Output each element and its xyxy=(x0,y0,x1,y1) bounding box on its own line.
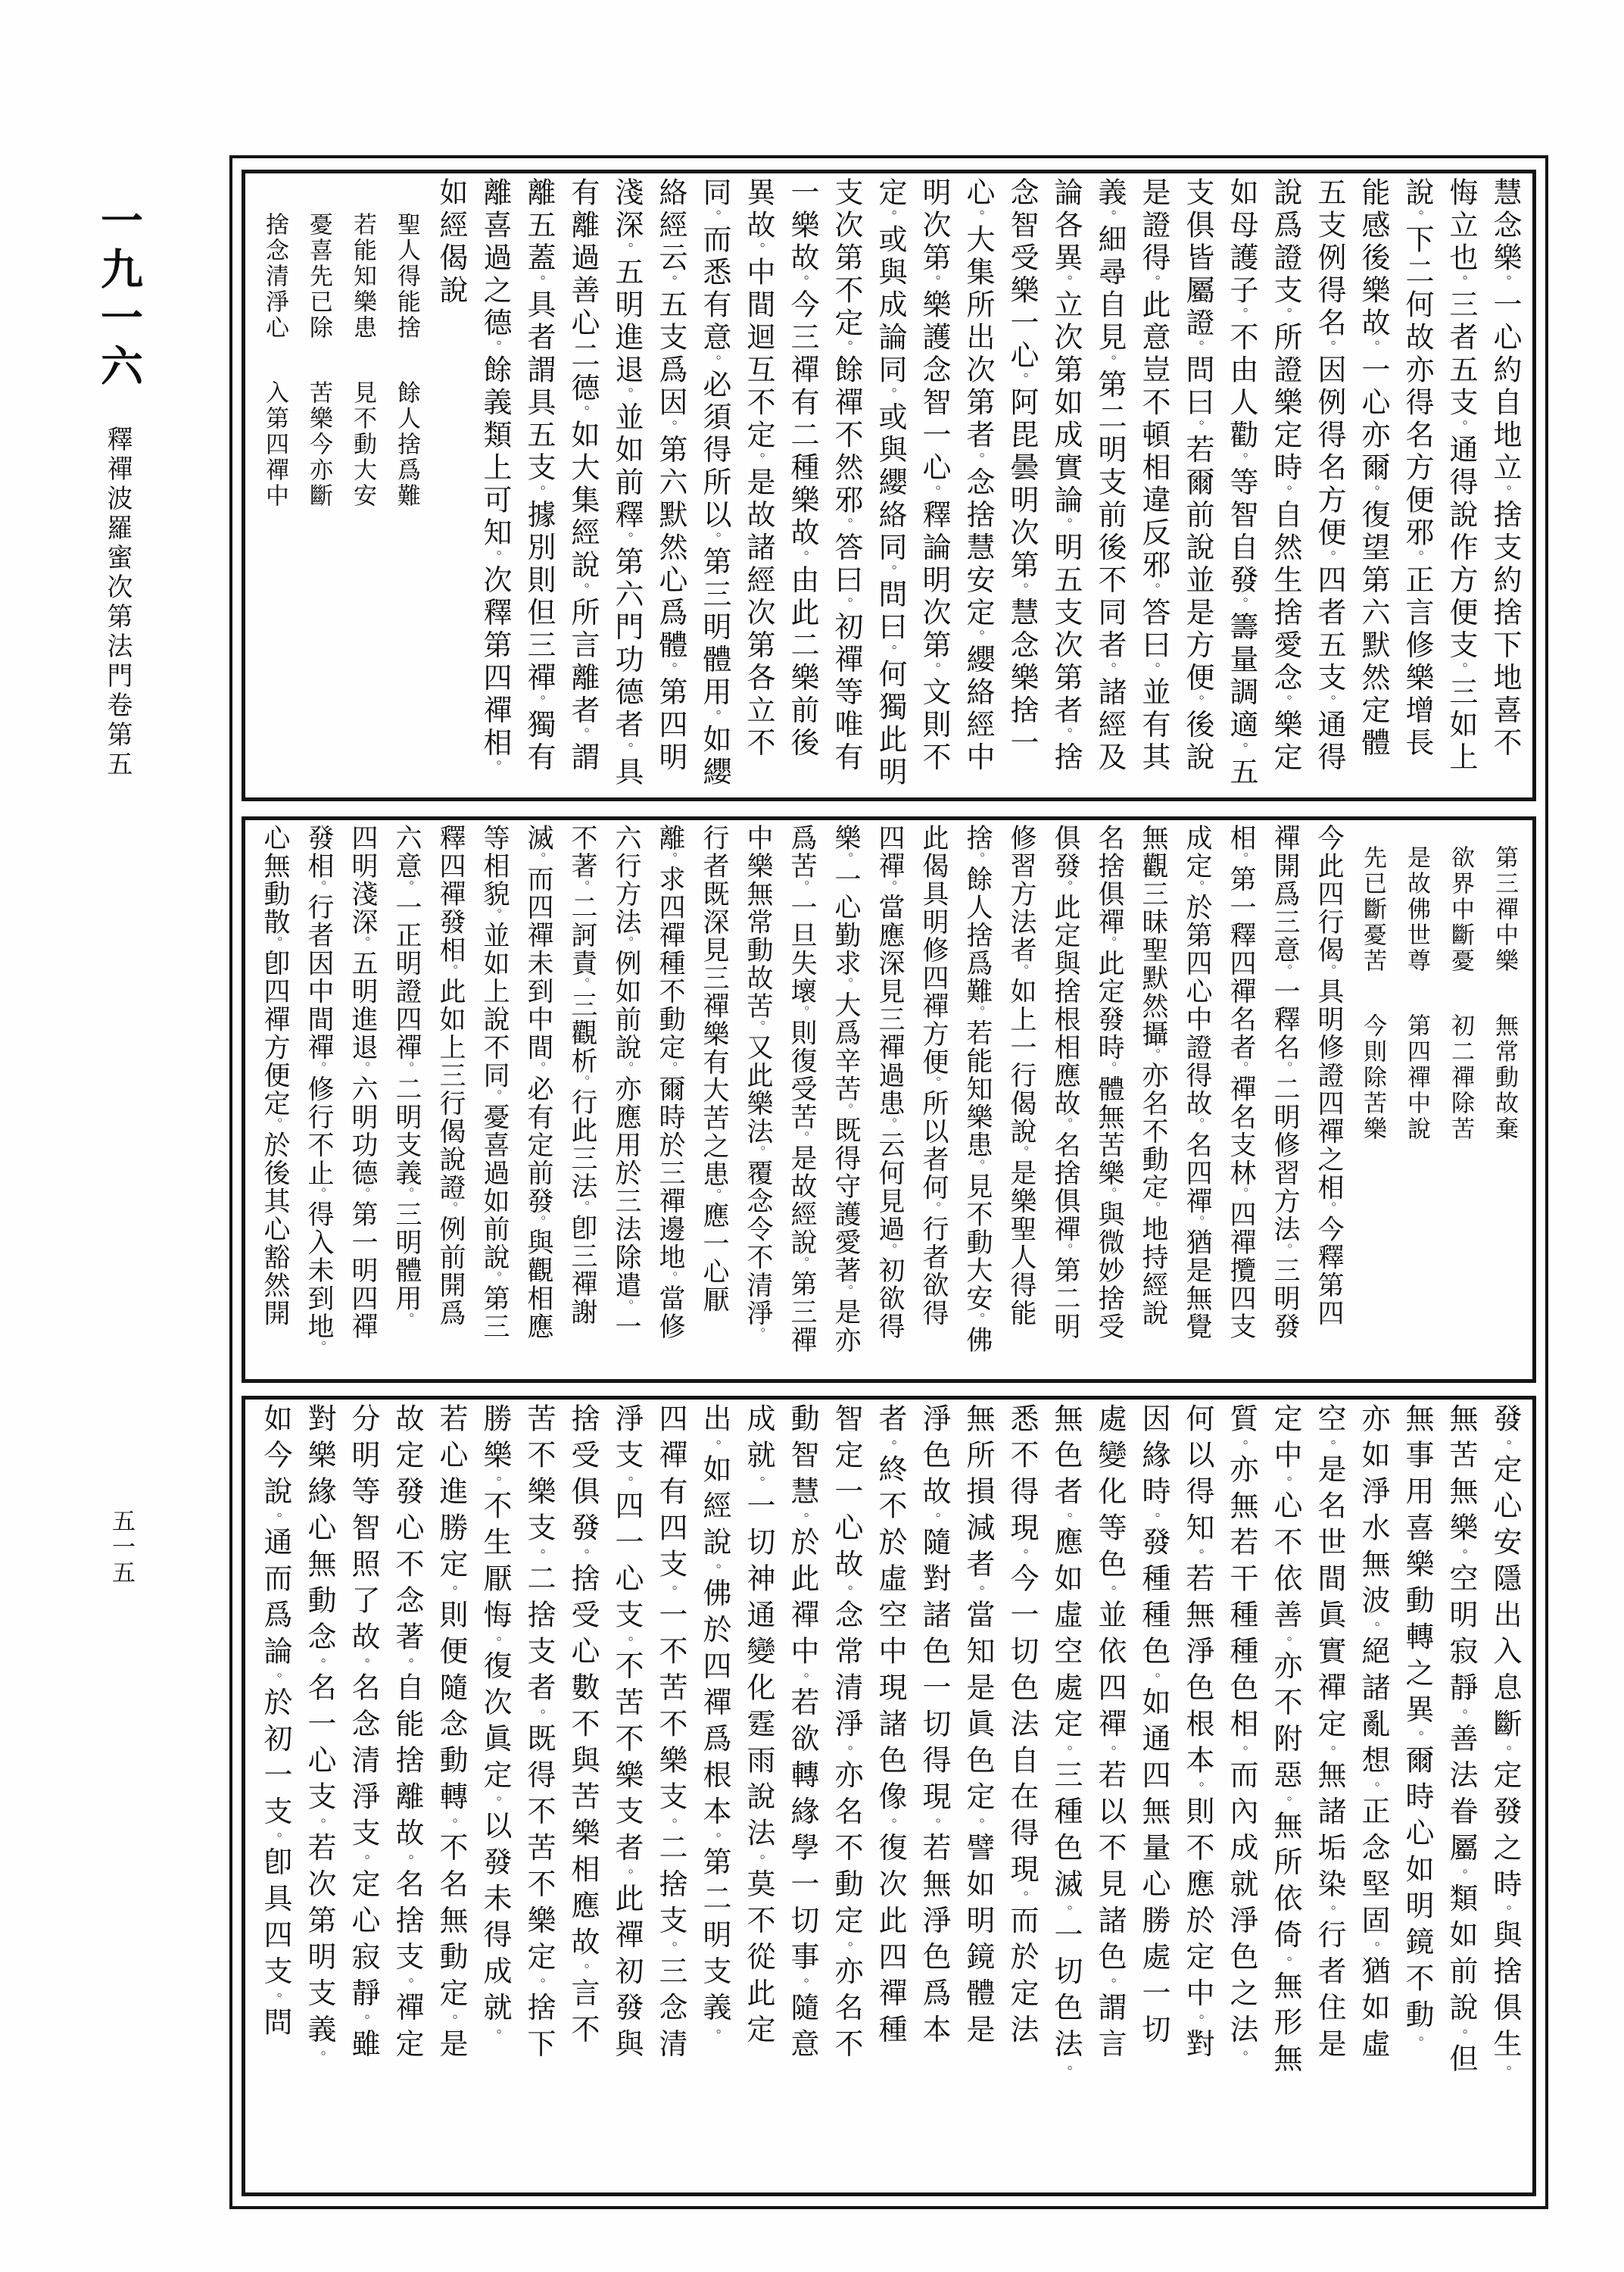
ideographic-full-stop: 。 xyxy=(488,908,502,922)
ideographic-full-stop: 。 xyxy=(882,1440,897,1454)
text-column: 如今說。通而爲論。於初一支。卽具四支。問 xyxy=(253,1403,297,2189)
ideographic-full-stop: 。 xyxy=(487,1476,502,1490)
text-column: 處變化等色。並依四禪。若以不見諸色。謂言 xyxy=(1087,1403,1131,2189)
text-column: 支俱皆屬證。問曰。若爾前說並是方便。後說 xyxy=(1175,177,1219,794)
ideographic-full-stop: 。 xyxy=(1015,1146,1029,1159)
ideographic-full-stop: 。 xyxy=(619,936,634,950)
text-column: 悉不得現。今一切色法自在得現。而於定法 xyxy=(999,1403,1043,2189)
verse-group: 是故佛世尊 xyxy=(1404,845,1430,974)
ideographic-full-stop: 。 xyxy=(662,1818,678,1832)
ideographic-full-stop: 。 xyxy=(663,852,678,866)
ideographic-full-stop: 。 xyxy=(531,852,546,866)
ideographic-full-stop: 。 xyxy=(619,1476,634,1490)
ideographic-full-stop: 。 xyxy=(795,1006,809,1019)
verse-column: 聖人得能捨餘人捨爲難 xyxy=(385,177,429,794)
ideographic-full-stop: 。 xyxy=(488,1272,502,1285)
ideographic-full-stop: 。 xyxy=(1102,354,1117,369)
ideographic-full-stop: 。 xyxy=(1102,1187,1117,1201)
ideographic-full-stop: 。 xyxy=(1321,340,1336,354)
ideographic-full-stop: 。 xyxy=(311,1818,326,1832)
book-title: 釋禪波羅蜜次第法門卷第五 xyxy=(98,426,136,780)
text-column: 如經偈說 xyxy=(429,177,472,794)
verse-column: 第三禪中樂無常動故棄 xyxy=(1482,824,1526,1375)
ideographic-full-stop: 。 xyxy=(662,1585,678,1599)
text-column: 異故。中間迴互不定。是故諸經次第各立不 xyxy=(736,177,780,794)
ideographic-full-stop: 。 xyxy=(662,275,678,289)
text-column: 等相貌。並如上說不同。憂喜過如前說。第三 xyxy=(472,824,516,1375)
ideographic-full-stop: 。 xyxy=(751,1146,765,1159)
ideographic-full-stop: 。 xyxy=(1234,1187,1248,1201)
ideographic-full-stop: 。 xyxy=(1058,880,1073,894)
ideographic-full-stop: 。 xyxy=(311,1658,326,1672)
register-c: 發。定心安隱出入息斷。定發之時。與捨俱生。無苦無樂。空明寂靜。善法眷屬。類如前說… xyxy=(242,1396,1536,2196)
ideographic-full-stop: 。 xyxy=(839,852,853,866)
text-column: 樂。一心勤求。大爲辛苦。既得守護愛著。是亦 xyxy=(824,824,868,1375)
ideographic-full-stop: 。 xyxy=(927,1076,941,1090)
ideographic-full-stop: 。 xyxy=(399,1978,414,1993)
ideographic-full-stop: 。 xyxy=(971,1312,985,1326)
text-column: 成就。一切神通變化霆雨說法。莫不從此定 xyxy=(736,1403,780,2189)
verse-group: 餘人捨爲難 xyxy=(394,380,420,509)
text-column: 智定一心故。念常清淨。亦名不動定。亦名不 xyxy=(824,1403,868,2189)
ideographic-full-stop: 。 xyxy=(531,485,546,499)
text-column: 一樂故。今三禪有二種樂故。由此二樂前後 xyxy=(780,177,824,794)
text-column: 行者既深見三禪樂有大苦之患。應一心厭 xyxy=(692,824,736,1375)
text-column: 中樂無常動故苦。又此樂法。覆念令不清淨。 xyxy=(736,824,780,1375)
ideographic-full-stop: 。 xyxy=(267,1833,282,1847)
text-column: 者。終不於虛空中現諸色像。復次此四禪種 xyxy=(868,1403,912,2189)
text-column: 因緣時。發種種色。如通四無量心勝處一切 xyxy=(1131,1403,1175,2189)
ideographic-full-stop: 。 xyxy=(838,598,853,612)
ideographic-full-stop: 。 xyxy=(926,1512,941,1527)
ideographic-full-stop: 。 xyxy=(1277,1956,1292,1971)
ideographic-full-stop: 。 xyxy=(838,1745,853,1759)
verse-group: 入第四禪中 xyxy=(262,380,288,509)
ideographic-full-stop: 。 xyxy=(706,1440,722,1454)
ideographic-full-stop: 。 xyxy=(531,1216,546,1229)
ideographic-full-stop: 。 xyxy=(663,1062,678,1075)
ideographic-full-stop: 。 xyxy=(487,2029,502,2043)
ideographic-full-stop: 。 xyxy=(1321,550,1336,564)
ideographic-full-stop: 。 xyxy=(1189,1781,1205,1796)
text-column: 離。求四禪種不動定。爾時於三禪邊地。當修 xyxy=(648,824,692,1375)
ideographic-full-stop: 。 xyxy=(883,880,897,894)
ideographic-full-stop: 。 xyxy=(619,1869,634,1883)
ideographic-full-stop: 。 xyxy=(882,565,897,579)
ideographic-full-stop: 。 xyxy=(1365,340,1380,354)
text-column: 捨。餘人捨爲難。若能知樂患。見不動大安。佛 xyxy=(955,824,999,1375)
ideographic-full-stop: 。 xyxy=(1409,2036,1424,2050)
text-column: 六行方法。例如前說。亦應用於三法除遣。一 xyxy=(604,824,648,1375)
ideographic-full-stop: 。 xyxy=(443,1818,458,1832)
ideographic-full-stop: 。 xyxy=(706,532,722,547)
text-column: 相。第一釋四禪名者。禪名支林。四禪攬四支 xyxy=(1219,824,1263,1375)
ideographic-full-stop: 。 xyxy=(619,532,634,547)
text-column: 釋四禪發相。此如上三行偈說證。例前開爲 xyxy=(429,824,472,1375)
ideographic-full-stop: 。 xyxy=(971,1159,985,1173)
text-column: 說。下二何故亦得名方便邪。正言修樂增長 xyxy=(1395,177,1439,794)
ideographic-full-stop: 。 xyxy=(355,1658,370,1672)
ideographic-full-stop: 。 xyxy=(1146,1202,1161,1216)
ideographic-full-stop: 。 xyxy=(1102,1585,1117,1599)
ideographic-full-stop: 。 xyxy=(400,1187,414,1201)
text-column: 六意。一正明證四禪。二明支義。三明體用。 xyxy=(385,824,429,1375)
text-column: 何以得知。若無淨色根本。則不應於定中。對 xyxy=(1175,1403,1219,2189)
ideographic-full-stop: 。 xyxy=(926,485,941,499)
text-column: 此偈具明修四禪方便。所以者何。行者欲得 xyxy=(912,824,955,1375)
ideographic-full-stop: 。 xyxy=(444,1202,458,1216)
text-column: 名捨俱禪。此定發時。體無苦樂。與微妙捨受 xyxy=(1087,824,1131,1375)
verse-group: 今則除苦樂 xyxy=(1360,1013,1386,1142)
ideographic-full-stop: 。 xyxy=(487,1796,502,1811)
text-column: 發。定心安隱出入息斷。定發之時。與捨俱生。 xyxy=(1482,1403,1526,2189)
ideographic-full-stop: 。 xyxy=(1189,420,1205,434)
ideographic-full-stop: 。 xyxy=(356,1187,370,1201)
ideographic-full-stop: 。 xyxy=(662,663,678,677)
text-column: 支次第不定。餘禪不然邪。答曰。初禪等唯有 xyxy=(824,177,868,794)
text-column: 無苦無樂。空明寂靜。善法眷屬。類如前說。但 xyxy=(1439,1403,1482,2189)
text-column: 悔立也。三者五支。通得說作方便支。三如上 xyxy=(1439,177,1482,794)
ideographic-full-stop: 。 xyxy=(1102,663,1117,677)
ideographic-full-stop: 。 xyxy=(662,1942,678,1956)
page-number: 五一五 xyxy=(104,1509,139,1586)
text-column: 故定發心不念著。自能捨離故。名捨支。禪定 xyxy=(385,1403,429,2189)
ideographic-full-stop: 。 xyxy=(794,550,809,564)
ideographic-full-stop: 。 xyxy=(882,387,897,401)
ideographic-full-stop: 。 xyxy=(575,1075,590,1089)
ideographic-full-stop: 。 xyxy=(1322,1202,1336,1216)
ideographic-full-stop: 。 xyxy=(1102,1978,1117,1993)
ideographic-full-stop: 。 xyxy=(1277,1796,1292,1811)
ideographic-full-stop: 。 xyxy=(1190,1118,1205,1131)
verse-group: 先已斷憂苦 xyxy=(1360,845,1386,974)
verse-group: 見不動大安 xyxy=(350,380,376,509)
text-column: 動智慧。於此禪中。若欲轉緣學一切事。隨意 xyxy=(780,1403,824,2189)
ideographic-full-stop: 。 xyxy=(531,1709,546,1723)
ideographic-full-stop: 。 xyxy=(882,210,897,224)
ideographic-full-stop: 。 xyxy=(750,452,765,467)
text-column: 離喜過之德。餘義類上可知。次釋第四禪相。 xyxy=(472,177,516,794)
text-column: 禪開爲三意。一釋名。二明修習方法。三明發 xyxy=(1263,824,1307,1375)
ideographic-full-stop: 。 xyxy=(795,880,809,894)
ideographic-full-stop: 。 xyxy=(706,354,722,369)
ideographic-full-stop: 。 xyxy=(575,880,590,894)
ideographic-full-stop: 。 xyxy=(1190,1216,1205,1229)
ideographic-full-stop: 。 xyxy=(1365,1621,1380,1636)
ideographic-full-stop: 。 xyxy=(1409,210,1424,224)
ideographic-full-stop: 。 xyxy=(267,1512,282,1527)
ideographic-full-stop: 。 xyxy=(1189,695,1205,710)
ideographic-full-stop: 。 xyxy=(706,710,722,724)
ideographic-full-stop: 。 xyxy=(1365,1781,1380,1796)
text-column: 能感後樂故。一心亦爾。復望第六默然定體 xyxy=(1351,177,1395,794)
text-column: 成定。於第四心中證得故。名四禪。猶是無覺 xyxy=(1175,824,1219,1375)
ideographic-full-stop: 。 xyxy=(883,1244,897,1257)
ideographic-full-stop: 。 xyxy=(531,1549,546,1563)
ideographic-full-stop: 。 xyxy=(575,405,590,420)
ideographic-full-stop: 。 xyxy=(1233,307,1248,322)
ideographic-full-stop: 。 xyxy=(1102,1745,1117,1759)
text-column: 明次第。樂護念智一心。釋論明次第。文則不 xyxy=(912,177,955,794)
ideographic-full-stop: 。 xyxy=(706,2029,722,2043)
ideographic-full-stop: 。 xyxy=(1146,582,1161,597)
ideographic-full-stop: 。 xyxy=(970,1585,985,1599)
text-column: 亦如淨水無波。絕諸亂想。正念堅固。猶如虛 xyxy=(1351,1403,1395,2189)
ideographic-full-stop: 。 xyxy=(838,1942,853,1956)
ideographic-full-stop: 。 xyxy=(312,1062,326,1075)
ideographic-full-stop: 。 xyxy=(838,517,853,532)
ideographic-full-stop: 。 xyxy=(1014,582,1029,597)
ideographic-full-stop: 。 xyxy=(443,2015,458,2029)
ideographic-full-stop: 。 xyxy=(1189,340,1205,354)
ideographic-full-stop: 。 xyxy=(662,420,678,434)
ideographic-full-stop: 。 xyxy=(619,1636,634,1650)
ideographic-full-stop: 。 xyxy=(750,1854,765,1868)
ideographic-full-stop: 。 xyxy=(751,1328,765,1341)
ideographic-full-stop: 。 xyxy=(1233,598,1248,612)
ideographic-full-stop: 。 xyxy=(1277,695,1292,710)
ideographic-full-stop: 。 xyxy=(619,1300,634,1313)
ideographic-full-stop: 。 xyxy=(356,936,370,950)
canon-text-number: 一九一六 xyxy=(88,198,148,392)
ideographic-full-stop: 。 xyxy=(488,1090,502,1103)
text-column: 無所損減者。當知是眞色定。譬如明鏡體是 xyxy=(955,1403,999,2189)
text-column: 離五蓋。具者謂具五支。據別則但三禪。獨有 xyxy=(516,177,560,794)
register-a: 慧念樂。一心約自地立。捨支約捨下地喜不悔立也。三者五支。通得說作方便支。三如上說… xyxy=(242,170,1536,801)
ideographic-full-stop: 。 xyxy=(575,1963,590,1977)
ideographic-full-stop: 。 xyxy=(1321,1745,1336,1759)
text-column: 如母護子。不由人勸。等智自發。籌量調適。五 xyxy=(1219,177,1263,794)
ideographic-full-stop: 。 xyxy=(750,242,765,257)
ideographic-full-stop: 。 xyxy=(312,880,326,894)
ideographic-full-stop: 。 xyxy=(794,1512,809,1527)
text-column: 心。大集所出次第者。念捨慧安定。纓絡經中 xyxy=(955,177,999,794)
ideographic-full-stop: 。 xyxy=(1058,517,1073,532)
ideographic-full-stop: 。 xyxy=(1146,1512,1161,1527)
ideographic-full-stop: 。 xyxy=(399,1658,414,1672)
ideographic-full-stop: 。 xyxy=(531,1062,546,1075)
ideographic-full-stop: 。 xyxy=(1058,275,1073,289)
text-column: 絡經云。五支爲因。第六默然心爲體。第四明 xyxy=(648,177,692,794)
ideographic-full-stop: 。 xyxy=(1189,1549,1205,1563)
verse-group: 欲界中斷憂 xyxy=(1448,845,1474,974)
text-column: 念智受樂一心。阿毘曇明次第。慧念樂捨一 xyxy=(999,177,1043,794)
ideographic-full-stop: 。 xyxy=(1497,1440,1512,1454)
ideographic-full-stop: 。 xyxy=(1321,1440,1336,1454)
text-column: 四禪有四支。一不苦不樂支。二捨支。三念清 xyxy=(648,1403,692,2189)
ideographic-full-stop: 。 xyxy=(1233,452,1248,467)
ideographic-full-stop: 。 xyxy=(970,630,985,644)
text-column: 定。或與成論同。或與纓絡同。問曰。何獨此明 xyxy=(868,177,912,794)
verse-column: 捨念清淨心入第四禪中 xyxy=(253,177,297,794)
ideographic-full-stop: 。 xyxy=(750,1476,765,1490)
ideographic-full-stop: 。 xyxy=(1146,1048,1161,1062)
ideographic-full-stop: 。 xyxy=(1014,373,1029,387)
text-column: 修習方法者。如上一行偈說。是樂聖人得能 xyxy=(999,824,1043,1375)
ideographic-full-stop: 。 xyxy=(795,1131,809,1145)
ideographic-full-stop: 。 xyxy=(1190,880,1205,894)
text-column: 無事用喜樂動轉之異。爾時心如明鏡不動。 xyxy=(1395,1403,1439,2189)
ideographic-full-stop: 。 xyxy=(706,1833,722,1847)
ideographic-full-stop: 。 xyxy=(1234,852,1248,866)
ideographic-full-stop: 。 xyxy=(1102,210,1117,224)
ideographic-full-stop: 。 xyxy=(1278,1244,1292,1257)
ideographic-full-stop: 。 xyxy=(400,1312,414,1326)
ideographic-full-stop: 。 xyxy=(312,1340,326,1354)
ideographic-full-stop: 。 xyxy=(707,1188,722,1202)
ideographic-full-stop: 。 xyxy=(971,852,985,866)
scanned-page: 一九一六 釋禪波羅蜜次第法門卷第五 五一五 慧念樂。一心約自地立。捨支約捨下地喜… xyxy=(0,0,1624,2272)
ideographic-full-stop: 。 xyxy=(839,1284,853,1298)
ideographic-full-stop: 。 xyxy=(1278,1062,1292,1075)
text-column: 今此四行偈。具明修證四禪之相。今釋第四 xyxy=(1307,824,1351,1375)
ideographic-full-stop: 。 xyxy=(883,1118,897,1131)
ideographic-full-stop: 。 xyxy=(1453,1549,1468,1563)
verse-group: 初二禪除苦 xyxy=(1448,1013,1474,1142)
text-column: 淨色故。隨對諸色一切得現。若無淨色爲本 xyxy=(912,1403,955,2189)
verse-column: 憂喜先已除苦樂今亦斷 xyxy=(297,177,341,794)
ideographic-full-stop: 。 xyxy=(1277,307,1292,322)
ideographic-full-stop: 。 xyxy=(444,964,458,978)
ideographic-full-stop: 。 xyxy=(1058,1118,1073,1131)
ideographic-full-stop: 。 xyxy=(1058,728,1073,742)
ideographic-full-stop: 。 xyxy=(1146,1672,1161,1687)
ideographic-full-stop: 。 xyxy=(1453,1869,1468,1883)
ideographic-full-stop: 。 xyxy=(531,275,546,289)
register-a-columns: 慧念樂。一心約自地立。捨支約捨下地喜不悔立也。三者五支。通得說作方便支。三如上說… xyxy=(250,177,1526,794)
register-b: 第三禪中樂無常動故棄欲界中斷憂初二禪除苦是故佛世尊第四禪中說先已斷憂苦今則除苦樂… xyxy=(242,816,1536,1383)
verse-group: 憂喜先已除 xyxy=(306,212,332,341)
ideographic-full-stop: 。 xyxy=(1277,485,1292,499)
text-column: 對樂緣心無動念。名一心支。若次第明支義。 xyxy=(297,1403,341,2189)
ideographic-full-stop: 。 xyxy=(839,1103,853,1117)
ideographic-full-stop: 。 xyxy=(575,1549,590,1563)
text-column: 淺深。五明進退。並如前釋。第六門功德者。具 xyxy=(604,177,648,794)
ideographic-full-stop: 。 xyxy=(311,2051,326,2065)
ideographic-full-stop: 。 xyxy=(575,582,590,597)
text-column: 空。是名世間眞實禪定。無諸垢染。行者住是 xyxy=(1307,1403,1351,2189)
ideographic-full-stop: 。 xyxy=(1322,964,1336,978)
text-column: 苦不樂支。二捨支者。既得不苦不樂定。捨下 xyxy=(516,1403,560,2189)
ideographic-full-stop: 。 xyxy=(1497,1905,1512,1920)
ideographic-full-stop: 。 xyxy=(706,210,722,224)
ideographic-full-stop: 。 xyxy=(1058,1745,1073,1759)
ideographic-full-stop: 。 xyxy=(1453,2029,1468,2043)
ideographic-full-stop: 。 xyxy=(663,1272,678,1285)
ideographic-full-stop: 。 xyxy=(1233,1440,1248,1454)
ideographic-full-stop: 。 xyxy=(575,728,590,742)
text-column: 淨支。四一心支。不苦不樂支者。此禪初發與 xyxy=(604,1403,648,2189)
ideographic-full-stop: 。 xyxy=(839,978,853,991)
text-column: 出。如經說。佛於四禪爲根本。第二明支義。 xyxy=(692,1403,736,2189)
text-column: 捨受俱發。捨受心數不與苦樂相應故。言不 xyxy=(560,1403,604,2189)
ideographic-full-stop: 。 xyxy=(312,1187,326,1201)
ideographic-full-stop: 。 xyxy=(838,340,853,354)
verse-column: 先已斷憂苦今則除苦樂 xyxy=(1351,824,1395,1375)
ideographic-full-stop: 。 xyxy=(356,1062,370,1075)
verse-group: 聖人得能捨 xyxy=(394,212,420,341)
ideographic-full-stop: 。 xyxy=(1146,275,1161,289)
ideographic-full-stop: 。 xyxy=(575,1200,590,1214)
ideographic-full-stop: 。 xyxy=(268,1118,282,1131)
ideographic-full-stop: 。 xyxy=(1189,2015,1205,2029)
page-frame: 慧念樂。一心約自地立。捨支約捨下地喜不悔立也。三者五支。通得說作方便支。三如上說… xyxy=(229,155,1548,2209)
ideographic-full-stop: 。 xyxy=(838,1585,853,1599)
ideographic-full-stop: 。 xyxy=(926,275,941,289)
ideographic-full-stop: 。 xyxy=(1102,936,1117,950)
verse-group: 第三禪中樂 xyxy=(1492,845,1518,974)
text-column: 質。亦無若干種種色相。而內成就淨色之法。 xyxy=(1219,1403,1263,2189)
ideographic-full-stop: 。 xyxy=(487,760,502,775)
text-column: 同。而悉有意。必須得所以。第三明體用。如纓 xyxy=(692,177,736,794)
ideographic-full-stop: 。 xyxy=(1321,695,1336,710)
ideographic-full-stop: 。 xyxy=(355,1854,370,1868)
ideographic-full-stop: 。 xyxy=(487,550,502,564)
ideographic-full-stop: 。 xyxy=(926,663,941,677)
verse-group: 若能知樂患 xyxy=(350,212,376,341)
text-column: 分明等智照了故。名念清淨支。定心寂靜。雖 xyxy=(341,1403,385,2189)
ideographic-full-stop: 。 xyxy=(1277,1476,1292,1490)
ideographic-full-stop: 。 xyxy=(487,1636,502,1650)
ideographic-full-stop: 。 xyxy=(267,1993,282,2007)
ideographic-full-stop: 。 xyxy=(794,275,809,289)
ideographic-full-stop: 。 xyxy=(1146,663,1161,677)
text-column: 定中。心不依善。亦不附惡。無所依倚。無形無 xyxy=(1263,1403,1307,2189)
text-column: 五支例得名。因例得名方便。四者五支。通得 xyxy=(1307,177,1351,794)
text-column: 慧念樂。一心約自地立。捨支約捨下地喜不 xyxy=(1482,177,1526,794)
ideographic-full-stop: 。 xyxy=(1409,550,1424,564)
ideographic-full-stop: 。 xyxy=(487,340,502,354)
text-column: 是證得。此意豈不頓相違反邪。答曰。並有其 xyxy=(1131,177,1175,794)
ideographic-full-stop: 。 xyxy=(1102,1062,1117,1075)
ideographic-full-stop: 。 xyxy=(1278,964,1292,978)
verse-column: 欲界中斷憂初二禪除苦 xyxy=(1439,824,1482,1375)
text-column: 無觀三昧聖默然攝。亦名不動定。地持經說 xyxy=(1131,824,1175,1375)
ideographic-full-stop: 。 xyxy=(1365,485,1380,499)
ideographic-full-stop: 。 xyxy=(1014,1549,1029,1563)
text-column: 四明淺深。五明進退。六明功德。第一明四禪 xyxy=(341,824,385,1375)
text-column: 心無動散。卽四禪方便定。於後其心豁然開 xyxy=(253,824,297,1375)
ideographic-full-stop: 。 xyxy=(531,1978,546,1993)
verse-column: 若能知樂患見不動大安 xyxy=(341,177,385,794)
ideographic-full-stop: 。 xyxy=(970,210,985,224)
ideographic-full-stop: 。 xyxy=(355,2015,370,2029)
ideographic-full-stop: 。 xyxy=(794,1978,809,1993)
ideographic-full-stop: 。 xyxy=(575,978,590,991)
ideographic-full-stop: 。 xyxy=(1453,1709,1468,1723)
ideographic-full-stop: 。 xyxy=(927,1202,941,1216)
ideographic-full-stop: 。 xyxy=(400,1062,414,1075)
ideographic-full-stop: 。 xyxy=(531,695,546,710)
ideographic-full-stop: 。 xyxy=(1453,663,1468,677)
ideographic-full-stop: 。 xyxy=(1233,742,1248,757)
ideographic-full-stop: 。 xyxy=(619,1062,634,1075)
text-column: 爲苦。一旦失壞。則復受苦。是故經說。第三禪 xyxy=(780,824,824,1375)
ideographic-full-stop: 。 xyxy=(1234,1062,1248,1075)
text-column: 說爲證支。所證樂定時。自然生捨愛念。樂定 xyxy=(1263,177,1307,794)
verse-column: 是故佛世尊第四禪中說 xyxy=(1395,824,1439,1375)
ideographic-full-stop: 。 xyxy=(882,1818,897,1832)
ideographic-full-stop: 。 xyxy=(1277,1636,1292,1650)
ideographic-full-stop: 。 xyxy=(268,936,282,950)
ideographic-full-stop: 。 xyxy=(970,1818,985,1832)
text-column: 俱發。此定與捨根相應故。名捨俱禪。第二明 xyxy=(1043,824,1087,1375)
ideographic-full-stop: 。 xyxy=(1058,1512,1073,1527)
register-c-columns: 發。定心安隱出入息斷。定發之時。與捨俱生。無苦無樂。空明寂靜。善法眷屬。類如前說… xyxy=(250,1403,1526,2189)
text-column: 發相。行者因中間禪。修行不止。得入未到地。 xyxy=(297,824,341,1375)
ideographic-full-stop: 。 xyxy=(1058,1244,1073,1257)
text-column: 若心進勝定。則便隨念動轉。不名無動定。是 xyxy=(429,1403,472,2189)
